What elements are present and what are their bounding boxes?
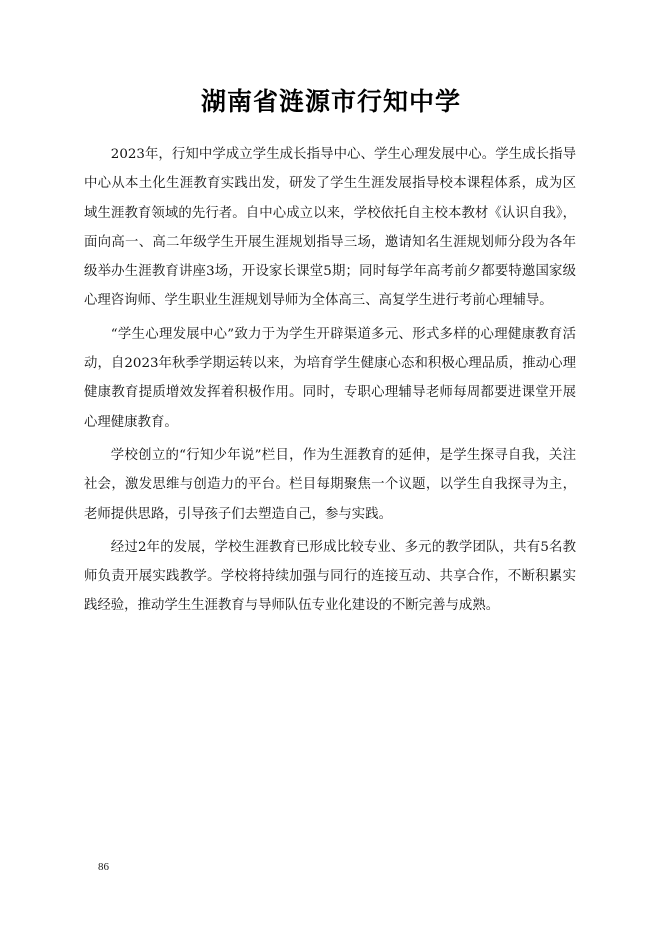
paragraph-teaching-team: 经过2年的发展，学校生涯教育已形成比较专业、多元的教学团队，共有5名教师负责开展… <box>84 533 576 621</box>
paragraph-youth-column: 学校创立的“行知少年说”栏目，作为生涯教育的延伸，是学生探寻自我，关注社会，激发… <box>84 441 576 529</box>
page-title: 湖南省涟源市行知中学 <box>0 82 662 118</box>
paragraph-psychology-center: “学生心理发展中心”致力于为学生开辟渠道多元、形式多样的心理健康教育活动，自20… <box>84 320 576 437</box>
document-page: 湖南省涟源市行知中学 2023年，行知中学成立学生成长指导中心、学生心理发展中心… <box>0 0 662 936</box>
page-number: 86 <box>98 861 109 873</box>
document-body: 2023年，行知中学成立学生成长指导中心、学生心理发展中心。学生成长指导中心从本… <box>84 140 576 621</box>
paragraph-career-center: 2023年，行知中学成立学生成长指导中心、学生心理发展中心。学生成长指导中心从本… <box>84 140 576 316</box>
